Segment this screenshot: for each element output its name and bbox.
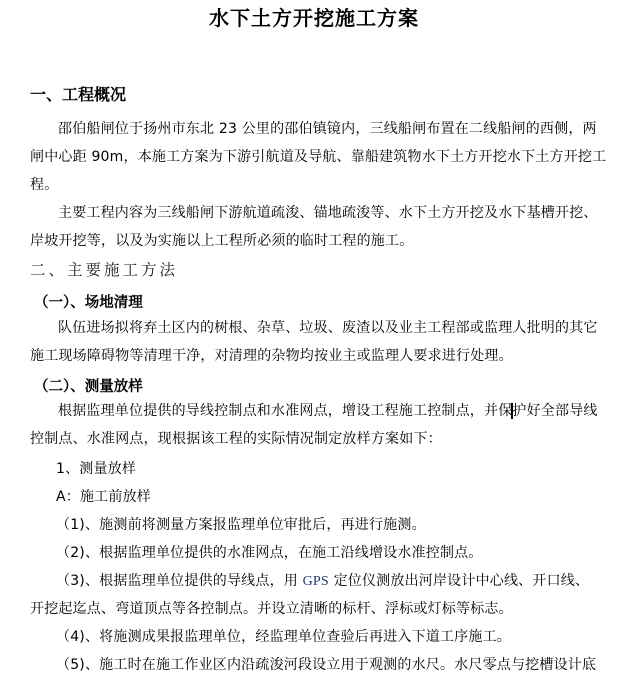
text-segment: 根据监理单位提供的导线控制点和水准网点，增设工程施工控制点，并保 [58, 403, 512, 419]
step-4: （4)、将施测成果报监理单位，经监理单位查验后再进入下道工序施工。 [56, 626, 511, 646]
list-item-survey: 1、测量放样 [56, 458, 136, 478]
step-2: （2)、根据监理单位提供的水准网点，在施工沿线增设水准控制点。 [56, 542, 483, 562]
paragraph-line: 岸坡开挖等，以及为实施以上工程所必须的临时工程的施工。 [30, 230, 413, 250]
text-segment: 定位仪测放出河岸设计中心线、开口线、 [329, 573, 589, 589]
step-1: （1)、施测前将测量方案报监理单位审批后，再进行施测。 [56, 514, 426, 534]
document-title: 水下土方开挖施工方案 [0, 2, 628, 31]
step-5: （5)、施工时在施工作业区内沿疏浚河段设立用于观测的水尺。水尺零点与挖槽设计底 [56, 654, 596, 674]
document-page: 水下土方开挖施工方案 一、工程概况 邵伯船闸位于扬州市东北 23 公里的邵伯镇镜… [0, 0, 628, 679]
paragraph-line: 程。 [30, 174, 58, 194]
subsection-heading-survey: （二）、测量放样 [34, 375, 143, 396]
text-segment: （3)、根据监理单位提供的导线点，用 [56, 573, 303, 589]
list-item-pre-construction: A：施工前放样 [56, 486, 151, 506]
paragraph-line: 邵伯船闸位于扬州市东北 23 公里的邵伯镇镜内，三线船闸布置在二线船闸的西侧，两 [58, 118, 597, 138]
gps-term: GPS [303, 574, 329, 589]
paragraph-line: 开挖起迄点、弯道顶点等各控制点。并设立清晰的标杆、浮标或灯标等标志。 [30, 598, 513, 618]
paragraph-line: 施工现场障碍物等清理干净，对清理的杂物均按业主或监理人要求进行处理。 [30, 345, 513, 365]
subsection-heading-site-clearing: （一）、场地清理 [34, 291, 143, 312]
paragraph-line: 闸中心距 90m，本施工方案为下游引航道及导航、靠船建筑物水下土方开挖水下土方开… [30, 146, 606, 166]
text-segment: 护好全部导线 [512, 403, 597, 419]
paragraph-line[interactable]: 根据监理单位提供的导线控制点和水准网点，增设工程施工控制点，并保护好全部导线 [58, 400, 598, 420]
section-heading-methods: 二、主要施工方法 [30, 258, 178, 280]
section-heading-overview: 一、工程概况 [30, 82, 126, 105]
paragraph-line: 控制点、水准网点，现根据该工程的实际情况制定放样方案如下： [30, 428, 442, 448]
paragraph-line: 主要工程内容为三线船闸下游航道疏浚、锚地疏浚等、水下土方开挖及水下基槽开挖、 [58, 202, 598, 222]
paragraph-line: 队伍进场拟将弃土区内的树根、杂草、垃圾、废渣以及业主工程部或监理人批明的其它 [58, 317, 598, 337]
step-3: （3)、根据监理单位提供的导线点，用 GPS 定位仪测放出河岸设计中心线、开口线… [56, 570, 589, 590]
